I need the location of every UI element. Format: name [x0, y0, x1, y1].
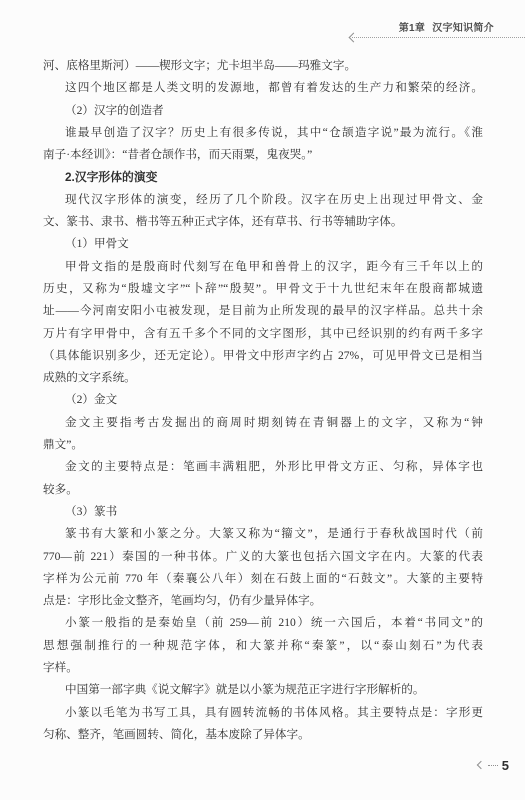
text-line: 成熟的文字系统。 — [43, 367, 483, 389]
text-line: 小篆一般指的是秦始皇（前 259—前 210）统一六国后，本着“书同文”的 — [43, 612, 483, 634]
page-footer: 5 — [478, 757, 509, 773]
chapter-label: 第1章 — [399, 23, 425, 34]
text-line: 中国第一部字典《说文解字》就是以小篆为规范正字进行字形解析的。 — [43, 679, 483, 701]
text-line: 南子·本经训》：“昔者仓颉作书，而天雨粟，鬼夜哭。” — [43, 144, 483, 166]
text-line: 文、篆书、隶书、楷书等五种正式字体，还有草书、行书等辅助字体。 — [43, 211, 483, 233]
chapter-title: 汉字知识简介 — [432, 23, 494, 34]
text-line: 河、底格里斯河）——楔形文字；尤卡坦半岛——玛雅文字。 — [43, 55, 483, 77]
text-line: 金文主要指考古发掘出的商周时期刻铸在青铜器上的文字，又称为“钟 — [43, 412, 483, 434]
arrow-left-icon — [477, 761, 485, 769]
text-line: （2）金文 — [43, 389, 483, 411]
text-line: （2）汉字的创造者 — [43, 100, 483, 122]
text-line: 历史，又称为“殷墟文字”“卜辞”“殷契”。甲骨文于十九世纪末年在殷商都城遗 — [43, 278, 483, 300]
text-line: 金文的主要特点是：笔画丰满粗肥，外形比甲骨文方正、匀称，异体字也 — [43, 456, 483, 478]
text-line: 点是：字形比金文整齐，笔画均匀，仍有少量异体字。 — [43, 590, 483, 612]
text-line: 万片有字甲骨中，含有五千多个不同的文字图形，其中已经识别的约有两千多字 — [43, 323, 483, 345]
text-line: （1）甲骨文 — [43, 233, 483, 255]
running-head: 第1章汉字知识简介 — [399, 19, 494, 34]
text-line: 字样为公元前 770 年（秦襄公八年）刻在石鼓上面的“石鼓文”。大篆的主要特 — [43, 568, 483, 590]
footer-rule — [488, 765, 498, 766]
text-line: 匀称、整齐，笔画圆转、简化，基本废除了异体字。 — [43, 724, 483, 746]
text-line: （3）篆书 — [43, 501, 483, 523]
text-line: 现代汉字形体的演变，经历了几个阶段。汉字在历史上出现过甲骨文、金 — [43, 189, 483, 211]
text-line: 小篆以毛笔为书写工具，具有圆转流畅的书体风格。其主要特点是：字形更 — [43, 702, 483, 724]
text-line: 思想强制推行的一种规范字体，和大篆并称“秦篆”，以“泰山刻石”为代表 — [43, 635, 483, 657]
text-line: 谁最早创造了汉字？历史上有很多传说，其中“仓颉造字说”最为流行。《淮 — [43, 122, 483, 144]
text-line: 这四个地区都是人类文明的发源地，都曾有着发达的生产力和繁荣的经济。 — [43, 77, 483, 99]
header-rule — [352, 37, 525, 38]
text-line: 较多。 — [43, 479, 483, 501]
text-line: 字样。 — [43, 657, 483, 679]
page-body: 河、底格里斯河）——楔形文字；尤卡坦半岛——玛雅文字。这四个地区都是人类文明的发… — [43, 55, 483, 746]
text-line: 甲骨文指的是殷商时代刻写在龟甲和兽骨上的汉字，距今有三千年以上的 — [43, 256, 483, 278]
text-line: 篆书有大篆和小篆之分。大篆又称为“籀文”，是通行于春秋战国时代（前 — [43, 523, 483, 545]
section-heading: 2.汉字形体的演变 — [43, 166, 483, 188]
text-line: 770—前 221）秦国的一种书体。广义的大篆也包括六国文字在内。大篆的代表 — [43, 546, 483, 568]
text-line: 址——今河南安阳小屯被发现，是目前为止所发现的最早的汉字样品。总共十余 — [43, 300, 483, 322]
page-number: 5 — [502, 758, 509, 773]
text-line: 鼎文”。 — [43, 434, 483, 456]
book-page: 第1章汉字知识简介 河、底格里斯河）——楔形文字；尤卡坦半岛——玛雅文字。这四个… — [0, 0, 525, 800]
arrow-left-icon — [349, 33, 359, 43]
text-line: （具体能识别多少，还无定论）。甲骨文中形声字约占 27%，可见甲骨文已是相当 — [43, 345, 483, 367]
